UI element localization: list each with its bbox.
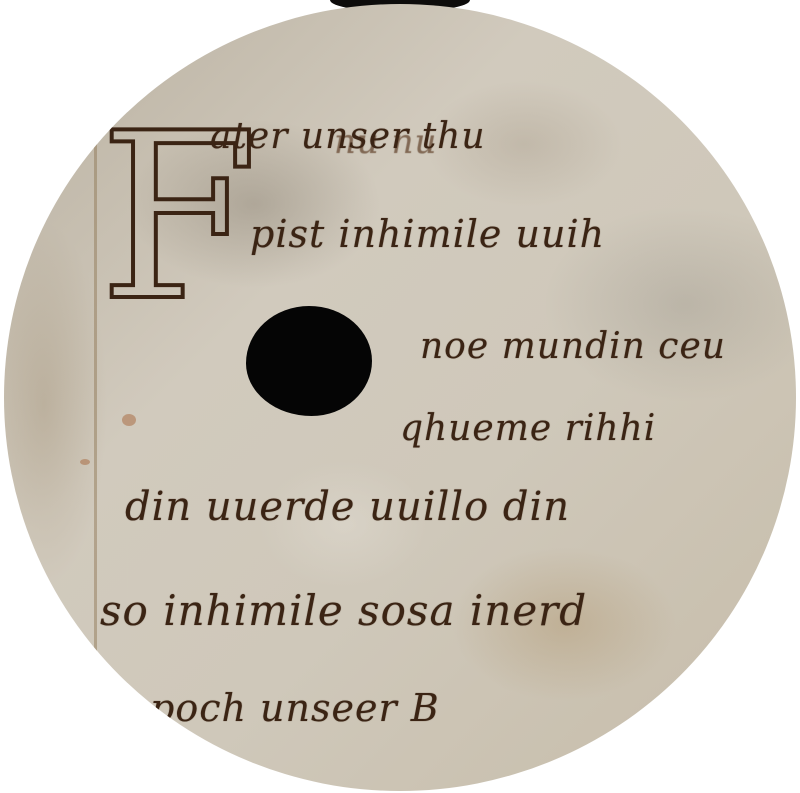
ink-stain — [80, 459, 90, 465]
manuscript-line-4: qhueme rihhi — [400, 408, 656, 449]
manuscript-line-5: din uuerde uuillo din — [125, 484, 570, 530]
parchment-fold-line — [94, 4, 97, 791]
ink-stain — [122, 414, 136, 426]
manuscript-line-7: poch unseer B — [150, 686, 440, 730]
parchment-hole — [246, 306, 372, 416]
manuscript-line-3: noe mundin ceu — [420, 326, 726, 367]
manuscript-line-2: pist inhimile uuih — [250, 212, 605, 256]
manuscript-line-6: so inhimile sosa inerd — [100, 586, 587, 635]
manuscript-line-1: ater unser thu — [210, 116, 486, 157]
manuscript-photo: F nu nu ater unser thu pist inhimile uui… — [4, 4, 796, 791]
